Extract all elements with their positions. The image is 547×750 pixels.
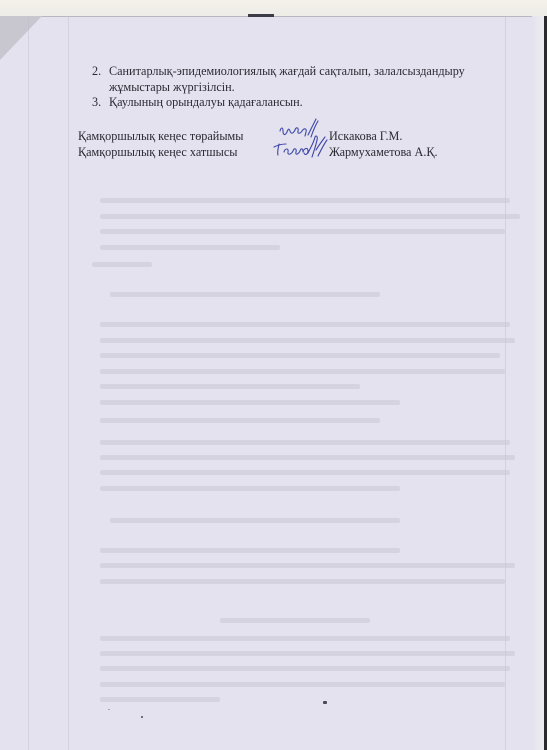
list-item-number: 3. (92, 95, 109, 111)
handwritten-signature-icon (270, 117, 334, 165)
scan-clip-mark (248, 14, 274, 17)
list-item-text: Санитарлық-эпидемиологиялық жағдай сақта… (109, 64, 465, 80)
scan-right-shade (532, 16, 544, 750)
scan-streak (68, 16, 69, 750)
signatory-name: Искакова Г.М. (329, 129, 402, 144)
resolution-list: 2. Санитарлық-эпидемиологиялық жағдай са… (92, 64, 505, 111)
scan-speck (323, 701, 327, 704)
scan-streak (28, 16, 29, 750)
folded-corner (0, 16, 42, 60)
list-item: 3. Қаулының орындалуы қадағалансын. (92, 95, 505, 111)
signatory-role: Қамқоршылық кеңес хатшысы (78, 145, 237, 160)
scan-speck (108, 709, 110, 710)
list-item: 2. Санитарлық-эпидемиологиялық жағдай са… (92, 64, 505, 95)
signatory-name: Жармухаметова А.Қ. (329, 145, 438, 160)
scan-speck (141, 716, 143, 718)
list-item-text-continued: жұмыстары жүргізілсін. (109, 80, 465, 96)
signatory-role: Қамқоршылық кеңес төрайымы (78, 129, 243, 144)
list-item-text: Қаулының орындалуы қадағалансын. (109, 95, 303, 111)
list-item-number: 2. (92, 64, 109, 95)
